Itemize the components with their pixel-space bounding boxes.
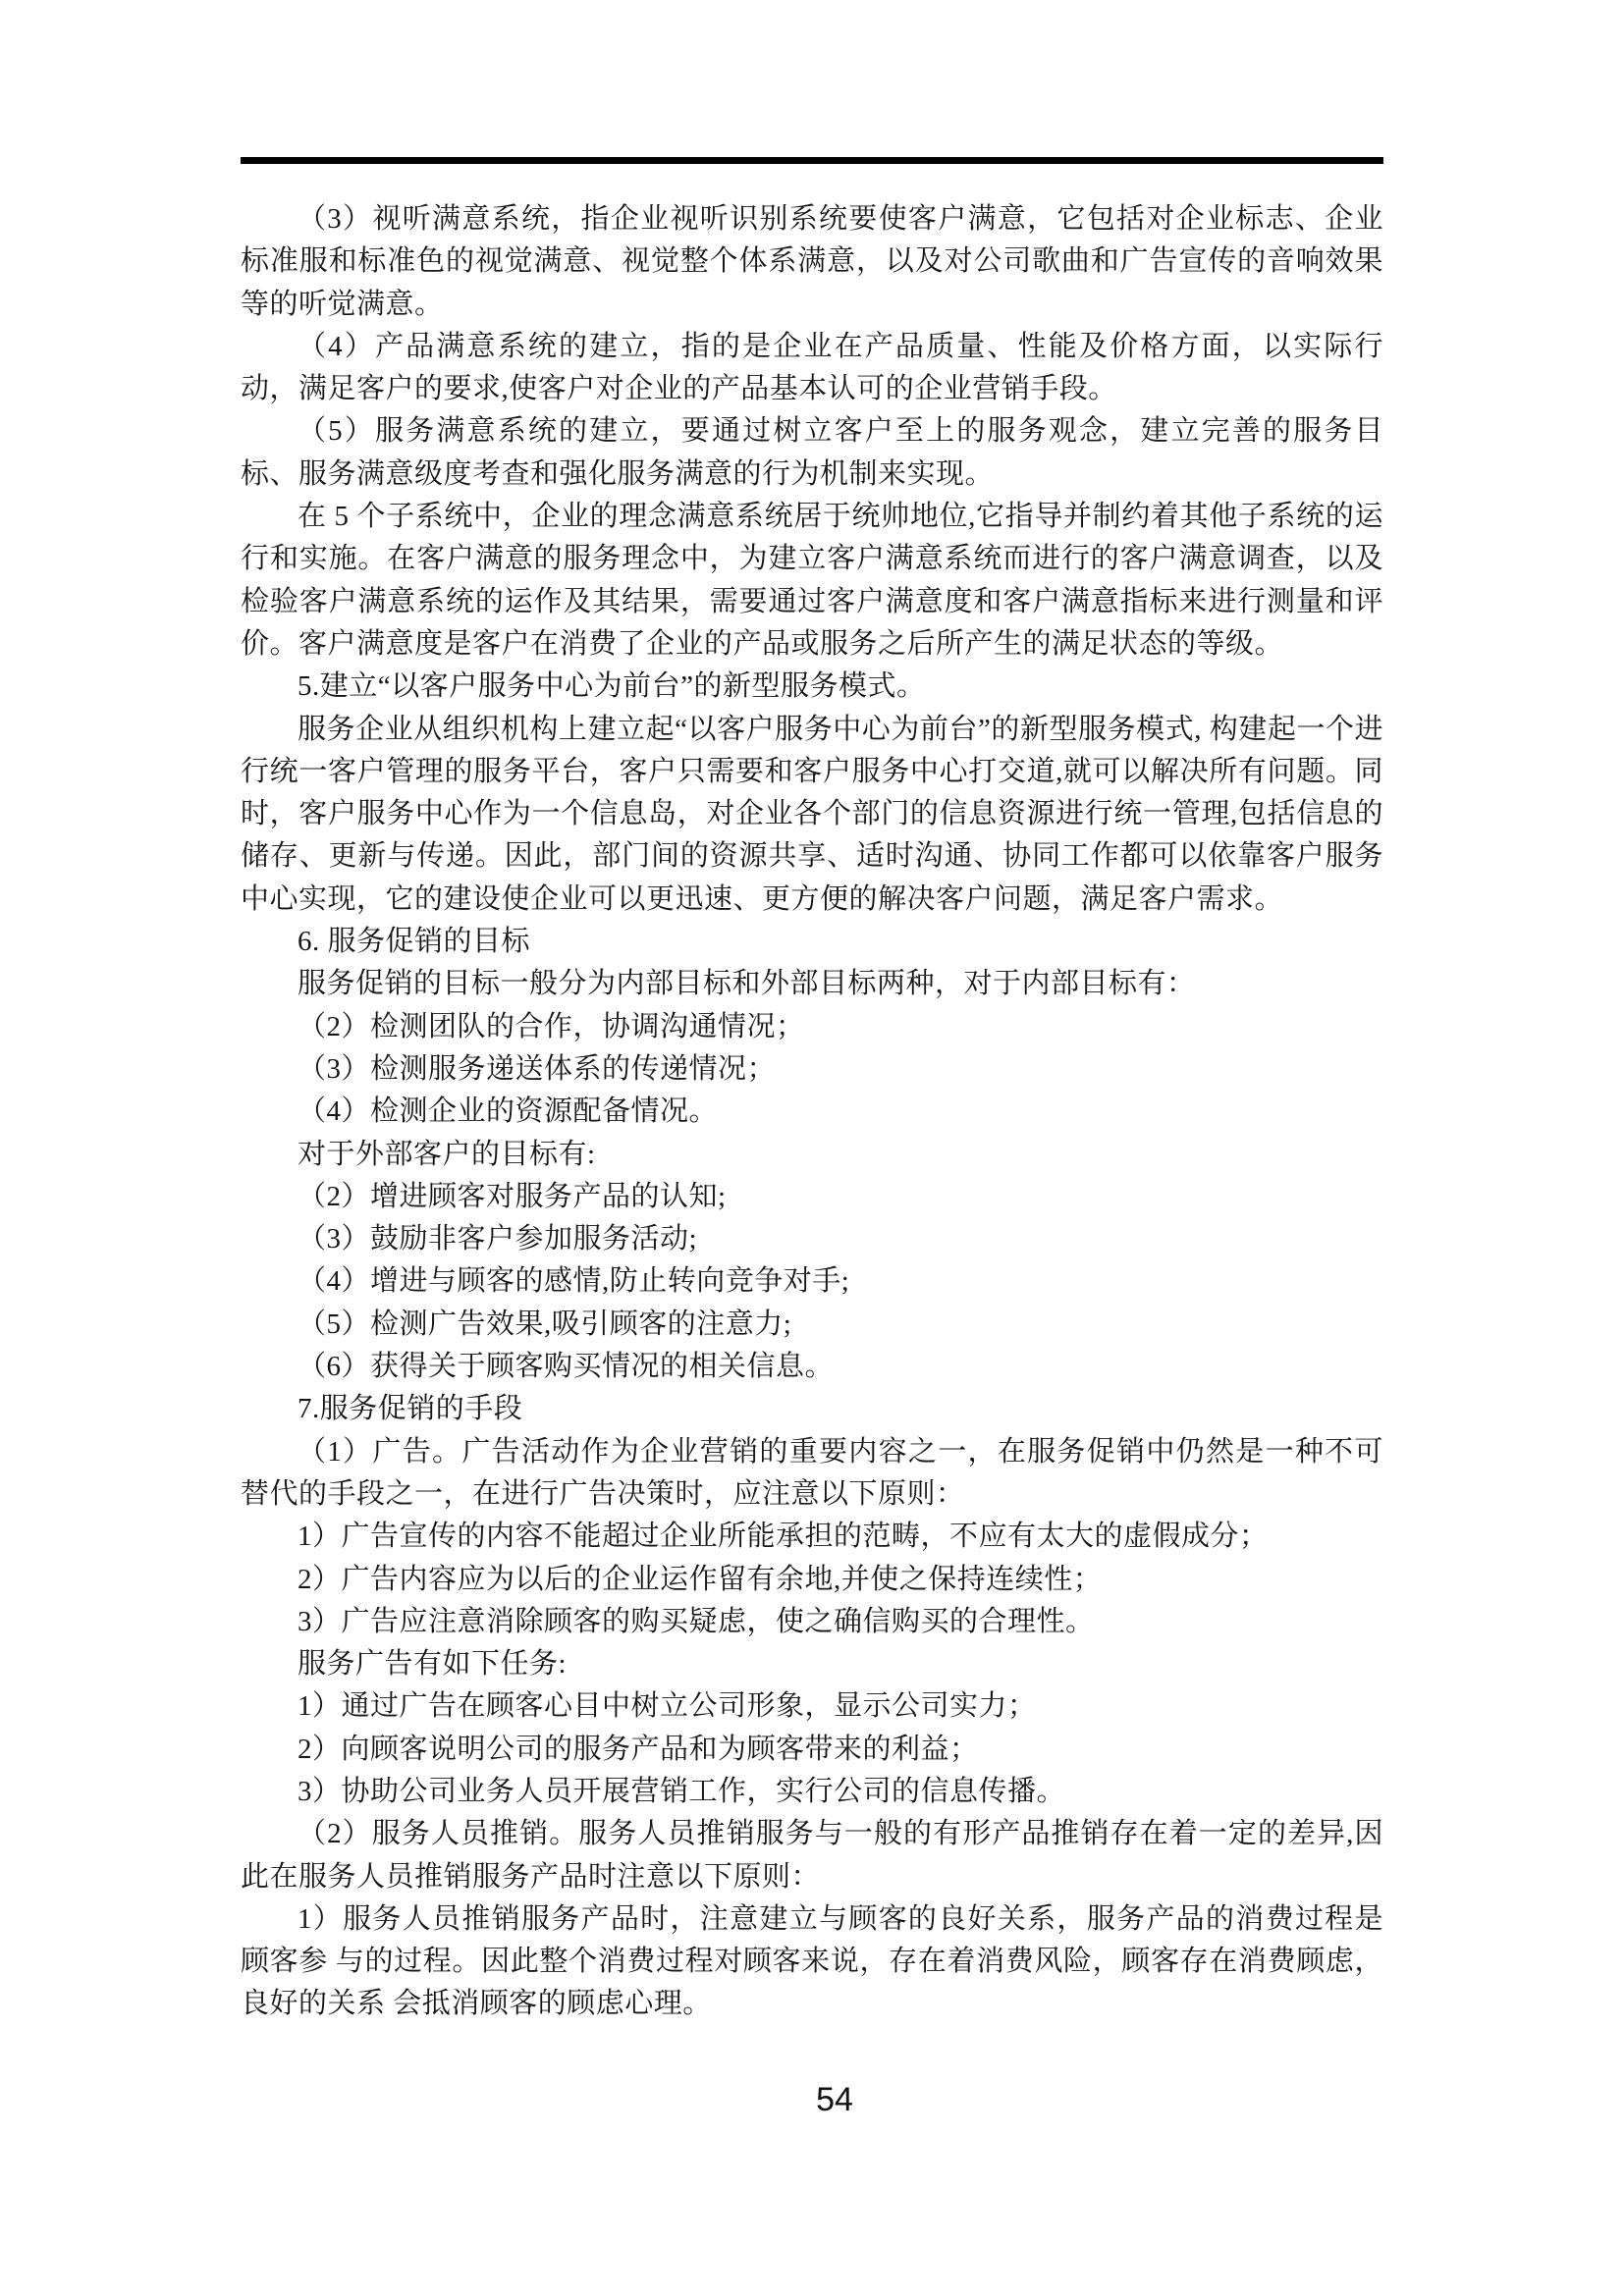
body-paragraph: 在 5 个子系统中，企业的理念满意系统居于统帅地位,它指导并制约着其他子系统的运… — [241, 496, 1383, 666]
list-item: （3）检测服务递送体系的传递情况； — [241, 1048, 1383, 1091]
body-paragraph: （2）服务人员推销。服务人员推销服务与一般的有形产品推销存在着一定的差异,因此在… — [241, 1813, 1383, 1898]
body-paragraph: （1）广告。广告活动作为企业营销的重要内容之一，在服务促销中仍然是一种不可替代的… — [241, 1431, 1383, 1517]
page-number: 54 — [0, 2079, 1624, 2121]
document-page: （3）视听满意系统，指企业视听识别系统要使客户满意，它包括对企业标志、企业标准服… — [0, 0, 1624, 2296]
document-body: （3）视听满意系统，指企业视听识别系统要使客户满意，它包括对企业标志、企业标准服… — [241, 198, 1383, 2026]
section-heading-6: 6. 服务促销的目标 — [241, 921, 1383, 963]
body-paragraph: （5）服务满意系统的建立，要通过树立客户至上的服务观念，建立完善的服务目标、服务… — [241, 410, 1383, 496]
list-item: （3）鼓励非客户参加服务活动; — [241, 1218, 1383, 1260]
list-item: （5）检测广告效果,吸引顾客的注意力; — [241, 1304, 1383, 1346]
list-item: 3）广告应注意消除顾客的购买疑虑，使之确信购买的合理性。 — [241, 1601, 1383, 1643]
section-heading-7: 7.服务促销的手段 — [241, 1388, 1383, 1430]
body-paragraph: （4）产品满意系统的建立，指的是企业在产品质量、性能及价格方面，以实际行动，满足… — [241, 326, 1383, 411]
list-item: （2）增进顾客对服务产品的认知; — [241, 1176, 1383, 1218]
section-heading-5: 5.建立“以客户服务中心为前台”的新型服务模式。 — [241, 666, 1383, 708]
list-item: （2）检测团队的合作，协调沟通情况； — [241, 1006, 1383, 1048]
header-rule — [241, 157, 1383, 164]
list-item: 2）向顾客说明公司的服务产品和为顾客带来的利益； — [241, 1729, 1383, 1771]
body-paragraph: 服务广告有如下任务: — [241, 1643, 1383, 1685]
body-paragraph: 服务促销的目标一般分为内部目标和外部目标两种，对于内部目标有： — [241, 963, 1383, 1005]
list-item: 1）广告宣传的内容不能超过企业所能承担的范畴，不应有太大的虚假成分； — [241, 1516, 1383, 1558]
body-paragraph: 1）服务人员推销服务产品时，注意建立与顾客的良好关系，服务产品的消费过程是顾客参… — [241, 1898, 1383, 2026]
list-item: 1）通过广告在顾客心目中树立公司形象，显示公司实力； — [241, 1685, 1383, 1728]
list-item: （4）增进与顾客的感情,防止转向竞争对手; — [241, 1260, 1383, 1303]
body-paragraph: （3）视听满意系统，指企业视听识别系统要使客户满意，它包括对企业标志、企业标准服… — [241, 198, 1383, 326]
body-paragraph: 服务企业从组织机构上建立起“以客户服务中心为前台”的新型服务模式, 构建起一个进… — [241, 709, 1383, 921]
list-item: （4）检测企业的资源配备情况。 — [241, 1091, 1383, 1133]
body-paragraph: 对于外部客户的目标有: — [241, 1134, 1383, 1176]
list-item: （6）获得关于顾客购买情况的相关信息。 — [241, 1346, 1383, 1388]
list-item: 3）协助公司业务人员开展营销工作，实行公司的信息传播。 — [241, 1771, 1383, 1813]
list-item: 2）广告内容应为以后的企业运作留有余地,并使之保持连续性； — [241, 1559, 1383, 1601]
